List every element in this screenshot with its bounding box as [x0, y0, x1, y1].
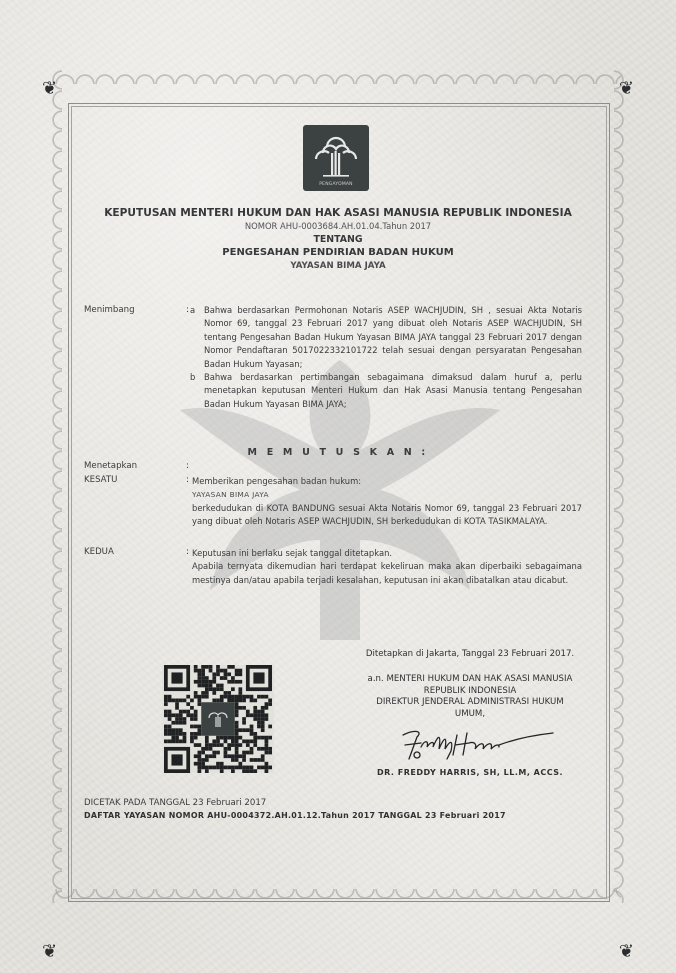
- item-marker: a: [190, 304, 195, 317]
- kesatu-entity: YAYASAN BIMA JAYA: [192, 488, 582, 501]
- kesatu-line1: Memberikan pengesahan badan hukum:: [192, 475, 582, 488]
- corner-ornament-icon: ❦: [619, 80, 634, 98]
- menimbang-label: Menimbang: [84, 305, 135, 315]
- kesatu-text: berkedudukan di KOTA BANDUNG sesuai Akta…: [192, 502, 582, 529]
- decorative-border-right: [614, 70, 636, 903]
- corner-ornament-icon: ❦: [42, 80, 57, 98]
- decree-title: KEPUTUSAN MENTERI HUKUM DAN HAK ASASI MA…: [70, 207, 606, 219]
- menetapkan-colon: :: [186, 461, 189, 471]
- decree-entity: YAYASAN BIMA JAYA: [70, 261, 606, 271]
- certificate-page: ❦ ❦ ❦ ❦ PENGAYOMAN KEPUTUSAN MENTERI HUK…: [0, 0, 676, 973]
- kesatu-colon: :: [186, 475, 189, 485]
- menimbang-item-a: a Bahwa berdasarkan Permohonan Notaris A…: [190, 304, 582, 371]
- decorative-border-top: [55, 62, 621, 84]
- menimbang-item-b: b Bahwa berdasarkan pertimbangan sebagai…: [190, 371, 582, 411]
- decree-subject: PENGESAHAN PENDIRIAN BADAN HUKUM: [70, 247, 606, 258]
- kedua-colon: :: [186, 547, 189, 557]
- kedua-text: Apabila ternyata dikemudian hari terdapa…: [192, 560, 582, 587]
- signature-title-line: REPUBLIK INDONESIA: [340, 686, 600, 698]
- registry-number: DAFTAR YAYASAN NOMOR AHU-0004372.AH.01.1…: [84, 811, 506, 820]
- menimbang-body: a Bahwa berdasarkan Permohonan Notaris A…: [190, 304, 582, 411]
- item-text: Bahwa berdasarkan Permohonan Notaris ASE…: [204, 304, 582, 371]
- kedua-line1: Keputusan ini berlaku sejak tanggal dite…: [192, 547, 582, 560]
- decision-heading: M E M U T U S K A N :: [70, 447, 606, 458]
- corner-ornament-icon: ❦: [619, 943, 634, 961]
- kesatu-body: Memberikan pengesahan badan hukum: YAYAS…: [192, 475, 582, 529]
- signature-place-date: Ditetapkan di Jakarta, Tanggal 23 Februa…: [340, 649, 600, 661]
- signature-title-line: DIREKTUR JENDERAL ADMINISTRASI HUKUM: [340, 697, 600, 709]
- signature-title-line: UMUM,: [340, 709, 600, 721]
- kedua-body: Keputusan ini berlaku sejak tanggal dite…: [192, 547, 582, 587]
- kesatu-label: KESATU: [84, 475, 117, 485]
- signature-title: a.n. MENTERI HUKUM DAN HAK ASASI MANUSIA…: [340, 674, 600, 720]
- logo-caption: PENGAYOMAN: [303, 182, 369, 187]
- signatory-name: DR. FREDDY HARRIS, SH, LL.M, ACCS.: [340, 768, 600, 777]
- item-marker: b: [190, 371, 195, 384]
- ministry-logo: PENGAYOMAN: [303, 125, 369, 191]
- decree-about: TENTANG: [70, 234, 606, 245]
- handwritten-signature: [395, 725, 555, 765]
- menimbang-colon: :: [186, 305, 189, 315]
- kedua-label: KEDUA: [84, 547, 114, 557]
- corner-ornament-icon: ❦: [42, 943, 57, 961]
- menetapkan-label: Menetapkan: [84, 461, 137, 471]
- printed-date: DICETAK PADA TANGGAL 23 Februari 2017: [84, 798, 266, 808]
- item-text: Bahwa berdasarkan pertimbangan sebagaima…: [204, 371, 582, 411]
- signature-title-line: a.n. MENTERI HUKUM DAN HAK ASASI MANUSIA: [340, 674, 600, 686]
- decorative-border-left: [40, 70, 62, 903]
- decree-number: NOMOR AHU-0003684.AH.01.04.Tahun 2017: [70, 221, 606, 231]
- qr-code: [162, 665, 274, 773]
